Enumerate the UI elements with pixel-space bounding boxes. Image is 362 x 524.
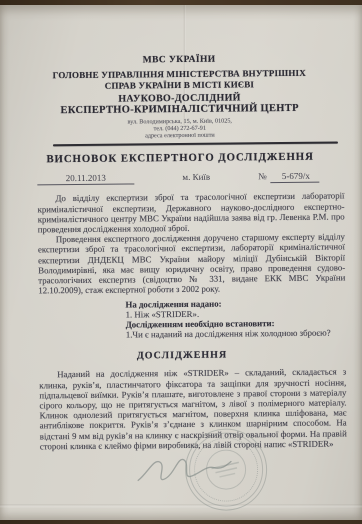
number-sign: № <box>258 172 267 182</box>
paragraph-intro: До відділу експертизи зброї та трасологі… <box>37 191 344 235</box>
document-meta-row: 20.11.2013 м. Київ №5-679/х <box>37 171 344 186</box>
research-section-heading: ДОСЛІДЖЕННЯ <box>1 349 362 363</box>
org-name-line1: МВС УКРАЇНИ <box>0 3 360 67</box>
header-divider-line <box>53 141 338 146</box>
document-paper: МВС УКРАЇНИ ГОЛОВНЕ УПРАВЛІННЯ МІНІСТЕРС… <box>0 5 362 520</box>
document-content: МВС УКРАЇНИ ГОЛОВНЕ УПРАВЛІННЯ МІНІСТЕРС… <box>0 3 362 521</box>
establish-item: 1.Чи є наданий на дослідження ніж холодн… <box>126 328 346 340</box>
paragraph-expert-assignment: Проведення експертного дослідження доруч… <box>38 232 346 296</box>
document-title: ВИСНОВОК ЕКСПЕРТНОГО ДОСЛІДЖЕННЯ <box>0 151 361 166</box>
examination-items: На дослідження надано: 1. Ніж «STRIDER».… <box>125 298 345 340</box>
org-name-line5: ЕКСПЕРТНО-КРИМІНАЛІСТИЧНИЙ ЦЕНТР <box>0 102 361 116</box>
paragraph-research: Наданий на дослідження ніж «STRIDER» – с… <box>39 367 347 452</box>
photo-background: МВС УКРАЇНИ ГОЛОВНЕ УПРАВЛІННЯ МІНІСТЕРС… <box>0 0 362 524</box>
place-label: м. Київ <box>134 172 258 185</box>
number-field: №5-679/х <box>258 171 344 184</box>
date-field: 20.11.2013 <box>37 173 134 186</box>
document-number: 5-679/х <box>270 171 319 183</box>
